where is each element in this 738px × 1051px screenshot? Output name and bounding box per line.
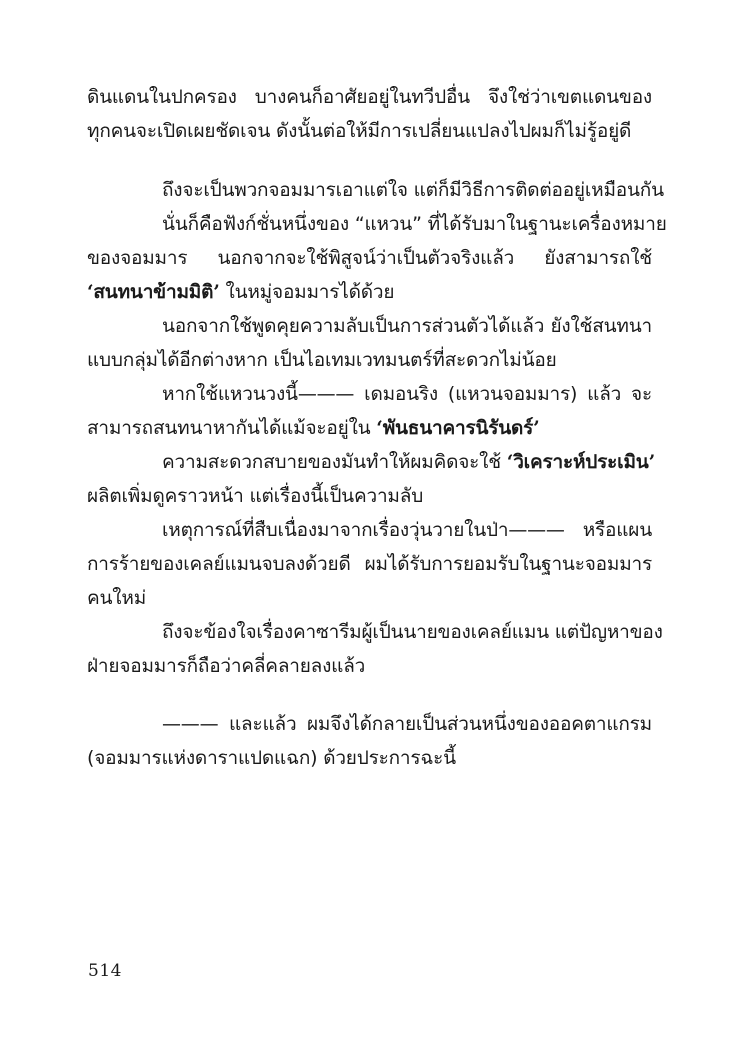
bold-term-cross-dimension-chat: ‘สนทนาข้ามมิติ’ (87, 281, 220, 303)
text-line: ฝ่ายจอมมารก็ถือว่าคลี่คลายลงแล้ว (87, 649, 365, 683)
text-line: ถึงจะเป็นพวกจอมมารเอาแต่ใจ แต่ก็มีวิธีกา… (162, 173, 652, 207)
quoted-term-ring: “แหวน” (355, 213, 422, 235)
text-fragment: นั่นก็คือฟังก์ชั่นหนึ่งของ (162, 213, 355, 235)
text-line: ถึงจะข้องใจเรื่องคาซารีมผู้เป็นนายของเคล… (162, 615, 652, 649)
text-line: ผลิตเพิ่มดูคราวหน้า แต่เรื่องนี้เป็นความ… (87, 479, 423, 513)
text-fragment: สามารถสนทนาหากันได้แม้จะอยู่ใน (87, 417, 376, 439)
page-number: 514 (88, 961, 122, 981)
text-fragment: ที่ได้รับมาในฐานะเครื่องหมาย (422, 213, 667, 235)
text-line: ดินแดนในปกครอง บางคนก็อาศัยอยู่ในทวีปอื่… (87, 80, 652, 114)
text-line: สามารถสนทนาหากันได้แม้จะอยู่ใน ‘พันธนาคา… (87, 411, 540, 445)
text-line: คนใหม่ (87, 581, 146, 615)
text-line: ความสะดวกสบายของมันทำให้ผมคิดจะใช้ ‘วิเค… (162, 445, 652, 479)
text-line: ——— และแล้ว ผมจึงได้กลายเป็นส่วนหนึ่งของ… (162, 707, 652, 741)
text-line: แบบกลุ่มได้อีกต่างหาก เป็นไอเทมเวทมนตร์ท… (87, 343, 557, 377)
text-line: หากใช้แหวนวงนี้——— เดมอนริง (แหวนจอมมาร)… (162, 377, 652, 411)
text-line: เหตุการณ์ที่สืบเนื่องมาจากเรื่องวุ่นวายใ… (162, 513, 652, 547)
text-line: ของจอมมาร นอกจากจะใช้พิสูจน์ว่าเป็นตัวจร… (87, 241, 652, 275)
text-line: นอกจากใช้พูดคุยความลับเป็นการส่วนตัวได้แ… (162, 309, 652, 343)
text-line: ทุกคนจะเปิดเผยชัดเจน ดังนั้นต่อให้มีการเ… (87, 114, 631, 148)
text-line: (จอมมารแห่งดาราแปดแฉก) ด้วยประการฉะนี้ (87, 741, 456, 775)
text-line: การร้ายของเคลย์แมนจบลงด้วยดี ผมได้รับการ… (87, 547, 652, 581)
text-line: นั่นก็คือฟังก์ชั่นหนึ่งของ “แหวน” ที่ได้… (162, 207, 652, 241)
bold-term-eternal-prison: ‘พันธนาคารนิรันดร์’ (376, 417, 539, 439)
bold-term-analyze-assess: ‘วิเคราะห์ประเมิน’ (507, 451, 655, 473)
text-fragment: ในหมู่จอมมารได้ด้วย (220, 281, 395, 303)
text-line: ‘สนทนาข้ามมิติ’ ในหมู่จอมมารได้ด้วย (87, 275, 394, 309)
text-fragment: ความสะดวกสบายของมันทำให้ผมคิดจะใช้ (162, 451, 507, 473)
